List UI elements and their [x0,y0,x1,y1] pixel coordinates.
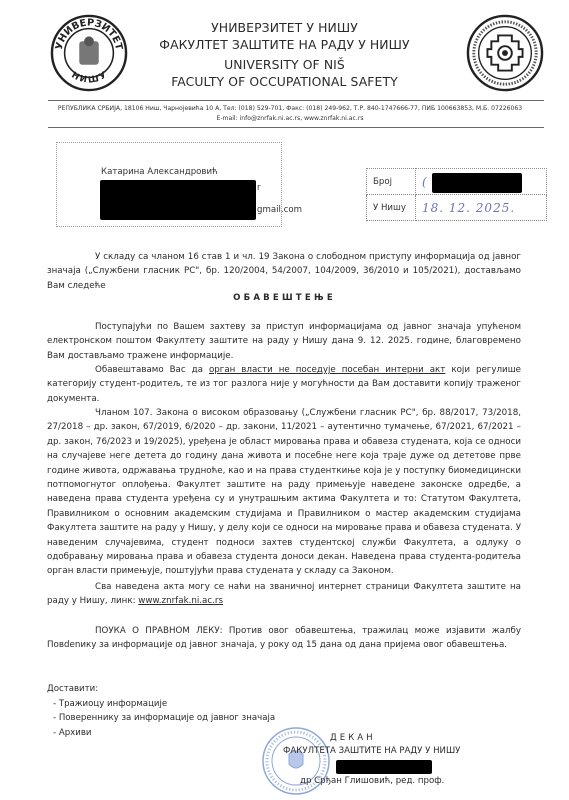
recipient-name: Катарина Александровић [101,167,218,177]
intro-text: У складу са чланом 16 став 1 и чл. 19 За… [47,252,521,291]
reference-number-row: Број ( [367,169,547,195]
recipient-line-tail: r [257,183,261,193]
number-handwritten-prefix: ( [422,175,428,189]
p2-before: Обавештавамо Вас да [95,365,209,375]
notice-title: ОБАВЕШТЕЊЕ [0,293,569,303]
header-divider-bottom [48,127,544,128]
reference-table: Број ( У Нишу 18. 12. 2025. [366,168,547,221]
delivery-label: Доставити: [47,682,275,697]
reference-date-row: У Нишу 18. 12. 2025. [367,195,547,221]
handwritten-date: 18. 12. 2025. [422,201,515,215]
signature-title: ДЕКАН [330,733,376,743]
paragraph-request-response: Поступајући по Вашем захтеву за приступ … [47,320,521,363]
redacted-number [432,173,522,193]
recipient-email-tail: gmail.com [257,205,302,215]
delivery-item: - Архиви [47,726,275,741]
place-label: У Нишу [367,195,416,221]
p4-text: Сва наведена акта могу се наћи на званич… [47,582,521,606]
redacted-address-block [100,180,256,220]
intro-paragraph: У складу са чланом 16 став 1 и чл. 19 За… [47,250,521,293]
faculty-website-link[interactable]: www.znrfak.ni.ac.rs [138,596,223,606]
redacted-signature [336,760,432,774]
number-value: ( [416,169,547,195]
paragraph-no-internal-act: Обавештавамо Вас да орган власти не посе… [47,363,521,406]
p3-text: Чланом 107. Закона о високом образовању … [47,408,521,576]
date-value: 18. 12. 2025. [416,195,547,221]
dean-name: др Срђан Глишовић, ред. проф. [300,776,444,786]
signature-faculty: ФАКУЛТЕТА ЗАШТИТЕ НА РАДУ У НИШУ [283,746,460,756]
faculty-seal-icon [466,14,544,92]
address-line: РЕПУБЛИКА СРБИЈА, 18106 Ниш, Чарнојевића… [20,104,560,114]
paragraph-website: Сва наведена акта могу се наћи на званич… [47,580,521,609]
delivery-list: Доставити: - Тражиоцу информације - Пове… [47,682,275,740]
p1-text: Поступајући по Вашем захтеву за приступ … [47,322,521,361]
delivery-item: - Повереннику за информације од јавног з… [47,711,275,726]
paragraph-law-article-107: Чланом 107. Закона о високом образовању … [47,406,521,579]
paragraph-legal-remedy: ПОУКА О ПРАВНОМ ЛЕКУ: Против овог обавеш… [47,624,521,653]
p2-underlined: орган власти не поседује посебан интерни… [209,365,445,375]
delivery-item: - Тражиоцу информације [47,697,275,712]
contact-line: E-mail: info@znrfak.ni.ac.rs, www.znrfak… [20,114,560,124]
number-label: Број [367,169,416,195]
legal-remedy-text: ПОУКА О ПРАВНОМ ЛЕКУ: Против овог обавеш… [47,626,521,650]
header-divider-top [48,100,544,101]
recipient-address-box: Катарина Александровић r gmail.com [56,142,282,227]
